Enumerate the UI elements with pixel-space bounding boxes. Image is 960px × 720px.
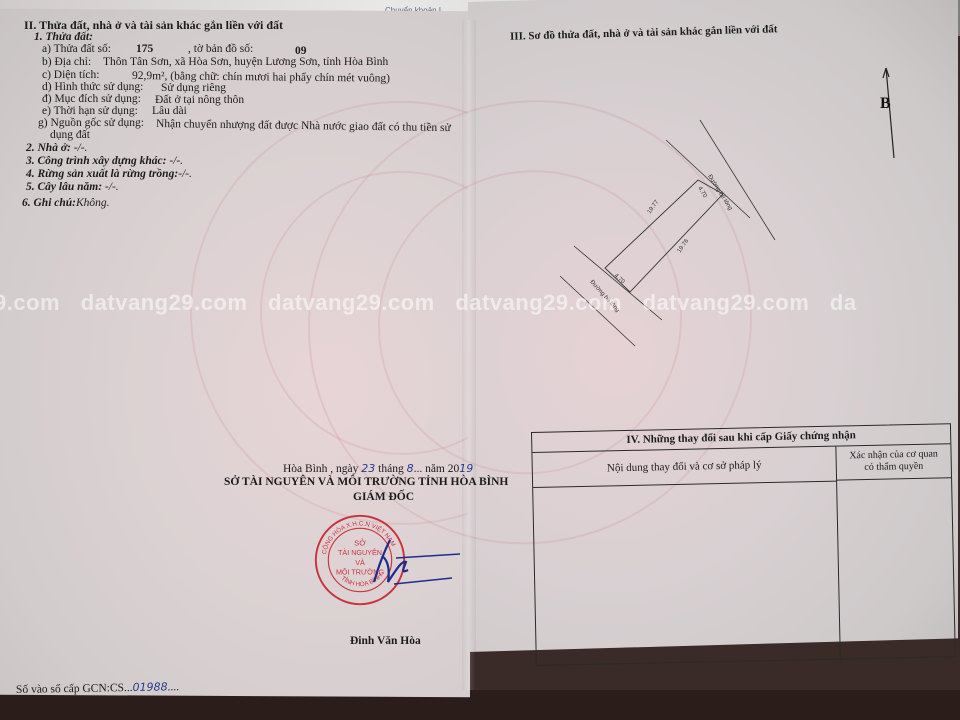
registry-line: Số vào sổ cấp GCN:CS...01988....	[16, 680, 179, 697]
other-construction-value: -/-.	[169, 155, 183, 167]
address-label: b) Địa chỉ:	[42, 56, 91, 69]
registry-label: Số vào sổ cấp GCN:CS	[16, 682, 124, 696]
notes-value: Không.	[76, 197, 110, 209]
parcel-number-label: a) Thửa đất số:	[42, 43, 111, 56]
other-construction-label: 3. Công trình xây dựng khác:	[26, 155, 166, 167]
perennial-trees-label: 5. Cây lâu năm:	[26, 181, 102, 193]
side-top-length: 4.70	[696, 186, 708, 200]
map-sheet-label: , tờ bản đồ số:	[188, 43, 253, 56]
changes-content-cell	[533, 482, 841, 665]
changes-table: IV. Những thay đổi sau khi cấp Giấy chứn…	[531, 423, 956, 666]
signing-day: 23	[361, 462, 375, 475]
origin-value-cont: dụng đất	[50, 129, 90, 142]
production-forest-value: -/-.	[178, 168, 192, 180]
changes-col-confirmation: Xác nhận của cơ quan có thẩm quyền	[836, 444, 951, 480]
address-value: Thôn Tân Sơn, xã Hòa Sơn, huyện Lương Sơ…	[103, 56, 388, 69]
production-forest-label: 4. Rừng sản xuất là rừng trồng:	[26, 168, 178, 180]
signing-date-line: Hòa Bình , ngày 23 tháng 8... năm 2019	[283, 462, 473, 475]
signing-month: 8	[407, 462, 414, 475]
signature	[360, 530, 470, 590]
signer-name: Đinh Văn Hòa	[350, 635, 421, 647]
house-value: -/-.	[74, 142, 88, 154]
side-left-length: 19.77	[647, 199, 661, 215]
signing-year: 19	[459, 462, 473, 475]
notes-label: 6. Ghi chú:	[22, 197, 76, 209]
parcel-number-value: 175	[136, 43, 153, 56]
road-top-label: Đường bê tông	[706, 174, 733, 212]
watermark: 9.com datvang29.com datvang29.com datvan…	[0, 290, 857, 316]
usage-term-value: Lâu dài	[152, 105, 187, 118]
house-label: 2. Nhà ở:	[26, 142, 71, 154]
registry-number: 01988	[132, 680, 167, 694]
signer-position: GIÁM ĐỐC	[353, 491, 414, 503]
perennial-trees-value: -/-.	[105, 181, 119, 193]
changes-confirmation-cell	[837, 479, 955, 658]
north-arrow-icon: B	[868, 66, 908, 166]
north-label: B	[880, 95, 891, 112]
issuing-authority: SỞ TÀI NGUYÊN VÀ MÔI TRƯỜNG TỈNH HÒA BÌN…	[224, 476, 508, 488]
